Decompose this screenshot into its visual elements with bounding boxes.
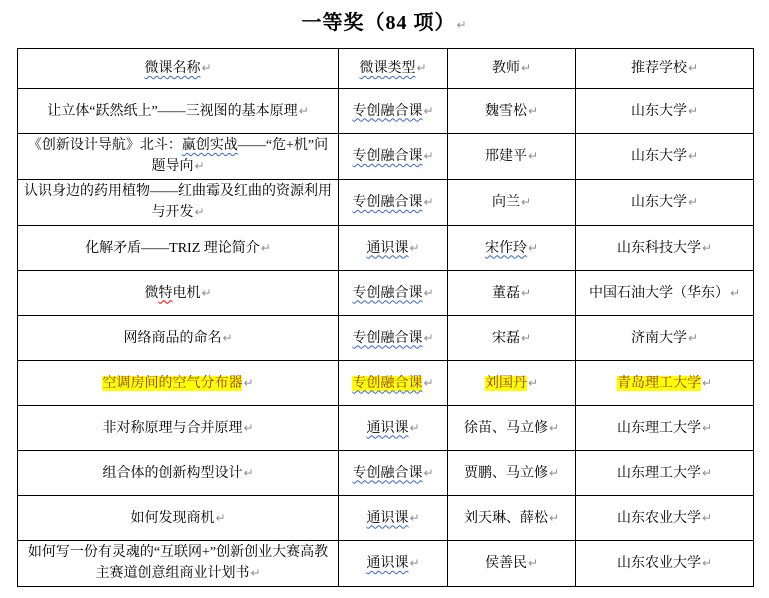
course-name-text: 如何写一份有灵魂的“互联网+”创新创业大赛高教主赛道创意组商业计划书	[28, 545, 328, 581]
teacher-cell: 刘国丹↵	[448, 361, 576, 406]
paragraph-mark: ↵	[408, 556, 419, 570]
course-name-cell: 《创新设计导航》北斗：赢创实战——“危+机”问题导向↵	[18, 134, 339, 180]
paragraph-mark: ↵	[242, 466, 253, 480]
course-type-cell: 通识课↵	[339, 541, 448, 587]
teacher-text: 刘国丹	[485, 376, 527, 391]
paragraph-mark: ↵	[701, 511, 712, 525]
course-type-text: 专创融合课	[352, 376, 422, 391]
teacher-text: 贾鹏、马立修	[464, 466, 548, 481]
teacher-text: 董磊	[492, 286, 520, 301]
teacher-cell: 魏雪松↵	[448, 89, 576, 134]
school-cell: 山东大学↵	[576, 134, 754, 180]
paragraph-mark: ↵	[548, 466, 559, 480]
school-text: 济南大学	[631, 331, 687, 346]
paragraph-mark: ↵	[687, 61, 698, 75]
paragraph-mark: ↵	[527, 149, 538, 163]
school-text: 山东大学	[631, 104, 687, 119]
paragraph-mark: ↵	[193, 159, 204, 173]
paragraph-mark: ↵	[408, 421, 419, 435]
paragraph-mark: ↵	[422, 195, 433, 209]
paragraph-mark: ↵	[687, 331, 698, 345]
course-type-text: 通识课	[366, 421, 408, 436]
column-header-text: 微课名称	[144, 61, 200, 76]
course-type-text: 专创融合课	[352, 104, 422, 119]
teacher-text: 宋磊	[492, 331, 520, 346]
table-row: 化解矛盾——TRIZ 理论简介↵通识课↵宋作玲↵山东科技大学↵	[18, 226, 754, 271]
table-row: 网络商品的命名↵专创融合课↵宋磊↵济南大学↵	[18, 316, 754, 361]
teacher-cell: 侯善民↵	[448, 541, 576, 587]
header-row: 微课名称↵微课类型↵教师↵推荐学校↵	[18, 49, 754, 89]
school-text: 山东农业大学	[617, 511, 701, 526]
school-cell: 山东农业大学↵	[576, 496, 754, 541]
teacher-cell: 宋磊↵	[448, 316, 576, 361]
table-row: 组合体的创新构型设计↵专创融合课↵贾鹏、马立修↵山东理工大学↵	[18, 451, 754, 496]
course-name-text: 《创新设计导航》北斗：	[28, 138, 182, 153]
course-type-cell: 专创融合课↵	[339, 89, 448, 134]
paragraph-mark: ↵	[193, 205, 204, 219]
school-text: 山东理工大学	[617, 421, 701, 436]
paragraph-mark: ↵	[408, 511, 419, 525]
course-name-cell: 化解矛盾——TRIZ 理论简介↵	[18, 226, 339, 271]
school-cell: 山东科技大学↵	[576, 226, 754, 271]
page-title-text: 一等奖（84 项）	[301, 12, 455, 34]
course-type-text: 通识课	[366, 556, 408, 571]
paragraph-mark: ↵	[422, 286, 433, 300]
paragraph-mark: ↵	[298, 104, 309, 118]
course-name-cell: 如何发现商机↵	[18, 496, 339, 541]
course-name-text: 让立体“跃然纸上”——三视图的基本原理	[47, 104, 297, 119]
teacher-text: 徐苗、马立修	[464, 421, 548, 436]
course-name-cell: 网络商品的命名↵	[18, 316, 339, 361]
course-type-cell: 专创融合课↵	[339, 180, 448, 226]
course-type-cell: 专创融合课↵	[339, 271, 448, 316]
paragraph-mark: ↵	[701, 466, 712, 480]
teacher-text: 侯善民	[485, 556, 527, 571]
paragraph-mark: ↵	[687, 149, 698, 163]
teacher-cell: 徐苗、马立修↵	[448, 406, 576, 451]
course-type-text: 通识课	[366, 511, 408, 526]
paragraph-mark: ↵	[260, 241, 271, 255]
paragraph-mark: ↵	[520, 195, 531, 209]
course-name-text: 网络商品的命名	[123, 331, 221, 346]
course-name-text: 非对称原理与合并原理	[102, 421, 242, 436]
paragraph-mark: ↵	[527, 241, 538, 255]
course-name-text: 微	[144, 286, 158, 301]
paragraph-mark: ↵	[520, 61, 531, 75]
paragraph-mark: ↵	[527, 376, 538, 390]
paragraph-mark: ↵	[701, 421, 712, 435]
paragraph-mark: ↵	[729, 286, 740, 300]
course-name-cell: 认识身边的药用植物——红曲霉及红曲的资源利用与开发↵	[18, 180, 339, 226]
course-name-cell: 如何写一份有灵魂的“互联网+”创新创业大赛高教主赛道创意组商业计划书↵	[18, 541, 339, 587]
column-header-text: 推荐学校	[631, 61, 687, 76]
course-name-text: 电机	[172, 286, 200, 301]
column-header: 微课类型↵	[339, 49, 448, 89]
course-name-cell: 空调房间的空气分布器↵	[18, 361, 339, 406]
teacher-text: 宋作玲	[485, 241, 527, 256]
paragraph-mark: ↵	[422, 104, 433, 118]
course-type-cell: 专创融合课↵	[339, 451, 448, 496]
paragraph-mark: ↵	[242, 421, 253, 435]
school-cell: 中国石油大学（华东）↵	[576, 271, 754, 316]
school-text: 山东科技大学	[617, 241, 701, 256]
paragraph-mark: ↵	[520, 286, 531, 300]
school-cell: 济南大学↵	[576, 316, 754, 361]
document-page: { "page": { "title": "一等奖（84 项）", "pilcr…	[0, 0, 769, 598]
school-text: 青岛理工大学	[617, 376, 701, 391]
table-row: 微特电机↵专创融合课↵董磊↵中国石油大学（华东）↵	[18, 271, 754, 316]
school-cell: 山东农业大学↵	[576, 541, 754, 587]
paragraph-mark: ↵	[527, 556, 538, 570]
course-type-text: 专创融合课	[352, 466, 422, 481]
table-row: 非对称原理与合并原理↵通识课↵徐苗、马立修↵山东理工大学↵	[18, 406, 754, 451]
table-row: 如何发现商机↵通识课↵刘天琳、薛松↵山东农业大学↵	[18, 496, 754, 541]
paragraph-mark: ↵	[527, 104, 538, 118]
paragraph-mark: ↵	[221, 331, 232, 345]
paragraph-mark: ↵	[687, 195, 698, 209]
school-text: 山东农业大学	[617, 556, 701, 571]
table-row: 空调房间的空气分布器↵专创融合课↵刘国丹↵青岛理工大学↵	[18, 361, 754, 406]
course-name-cell: 非对称原理与合并原理↵	[18, 406, 339, 451]
course-name-text: 特	[158, 286, 172, 301]
paragraph-mark: ↵	[701, 241, 712, 255]
teacher-cell: 邢建平↵	[448, 134, 576, 180]
paragraph-mark: ↵	[422, 149, 433, 163]
column-header: 推荐学校↵	[576, 49, 754, 89]
table-row: 《创新设计导航》北斗：赢创实战——“危+机”问题导向↵专创融合课↵邢建平↵山东大…	[18, 134, 754, 180]
column-header-text: 微课类型	[359, 61, 415, 76]
course-name-text: 赢创实战	[182, 138, 238, 153]
teacher-cell: 向兰↵	[448, 180, 576, 226]
paragraph-mark: ↵	[687, 104, 698, 118]
teacher-cell: 宋作玲↵	[448, 226, 576, 271]
paragraph-mark: ↵	[455, 18, 467, 32]
teacher-cell: 刘天琳、薛松↵	[448, 496, 576, 541]
school-cell: 山东大学↵	[576, 89, 754, 134]
table-row: 如何写一份有灵魂的“互联网+”创新创业大赛高教主赛道创意组商业计划书↵通识课↵侯…	[18, 541, 754, 587]
course-name-cell: 组合体的创新构型设计↵	[18, 451, 339, 496]
course-name-text: 认识身边的药用植物——红曲霉及红曲的资源利用与开发	[24, 184, 332, 220]
paragraph-mark: ↵	[422, 466, 433, 480]
course-name-text: 化解矛盾——TRIZ 理论简介	[85, 241, 260, 256]
course-name-text: 空调房间的空气分布器	[102, 376, 242, 391]
course-name-cell: 让立体“跃然纸上”——三视图的基本原理↵	[18, 89, 339, 134]
school-cell: 山东理工大学↵	[576, 451, 754, 496]
table-header-row: 微课名称↵微课类型↵教师↵推荐学校↵	[18, 49, 754, 89]
course-type-cell: 通识课↵	[339, 226, 448, 271]
paragraph-mark: ↵	[701, 556, 712, 570]
school-text: 山东大学	[631, 195, 687, 210]
teacher-text: 刘天琳、薛松	[464, 511, 548, 526]
paragraph-mark: ↵	[249, 566, 260, 580]
school-text: 山东理工大学	[617, 466, 701, 481]
course-type-text: 通识课	[366, 241, 408, 256]
paragraph-mark: ↵	[242, 376, 253, 390]
course-type-text: 专创融合课	[352, 286, 422, 301]
school-cell: 山东理工大学↵	[576, 406, 754, 451]
teacher-cell: 董磊↵	[448, 271, 576, 316]
course-type-cell: 通识课↵	[339, 406, 448, 451]
paragraph-mark: ↵	[701, 376, 712, 390]
paragraph-mark: ↵	[415, 61, 426, 75]
course-type-text: 专创融合课	[352, 195, 422, 210]
teacher-cell: 贾鹏、马立修↵	[448, 451, 576, 496]
paragraph-mark: ↵	[422, 331, 433, 345]
school-text: 山东大学	[631, 149, 687, 164]
page-title: 一等奖（84 项）↵	[0, 6, 769, 35]
course-type-cell: 专创融合课↵	[339, 361, 448, 406]
paragraph-mark: ↵	[548, 511, 559, 525]
school-cell: 青岛理工大学↵	[576, 361, 754, 406]
column-header-text: 教师	[492, 61, 520, 76]
awards-table: 微课名称↵微课类型↵教师↵推荐学校↵ 让立体“跃然纸上”——三视图的基本原理↵专…	[17, 48, 754, 587]
paragraph-mark: ↵	[548, 421, 559, 435]
teacher-text: 魏雪松	[485, 104, 527, 119]
course-name-cell: 微特电机↵	[18, 271, 339, 316]
school-cell: 山东大学↵	[576, 180, 754, 226]
paragraph-mark: ↵	[422, 376, 433, 390]
course-type-cell: 专创融合课↵	[339, 134, 448, 180]
course-name-text: 组合体的创新构型设计	[102, 466, 242, 481]
paragraph-mark: ↵	[200, 61, 211, 75]
paragraph-mark: ↵	[214, 511, 225, 525]
course-name-text: 如何发现商机	[130, 511, 214, 526]
school-text: 中国石油大学（华东）	[589, 286, 729, 301]
table-row: 认识身边的药用植物——红曲霉及红曲的资源利用与开发↵专创融合课↵向兰↵山东大学↵	[18, 180, 754, 226]
course-type-cell: 专创融合课↵	[339, 316, 448, 361]
column-header: 教师↵	[448, 49, 576, 89]
column-header: 微课名称↵	[18, 49, 339, 89]
teacher-text: 邢建平	[485, 149, 527, 164]
paragraph-mark: ↵	[200, 286, 211, 300]
table-body: 让立体“跃然纸上”——三视图的基本原理↵专创融合课↵魏雪松↵山东大学↵《创新设计…	[18, 89, 754, 587]
paragraph-mark: ↵	[520, 331, 531, 345]
course-type-text: 专创融合课	[352, 149, 422, 164]
table-row: 让立体“跃然纸上”——三视图的基本原理↵专创融合课↵魏雪松↵山东大学↵	[18, 89, 754, 134]
teacher-text: 向兰	[492, 195, 520, 210]
course-type-text: 专创融合课	[352, 331, 422, 346]
paragraph-mark: ↵	[408, 241, 419, 255]
course-type-cell: 通识课↵	[339, 496, 448, 541]
